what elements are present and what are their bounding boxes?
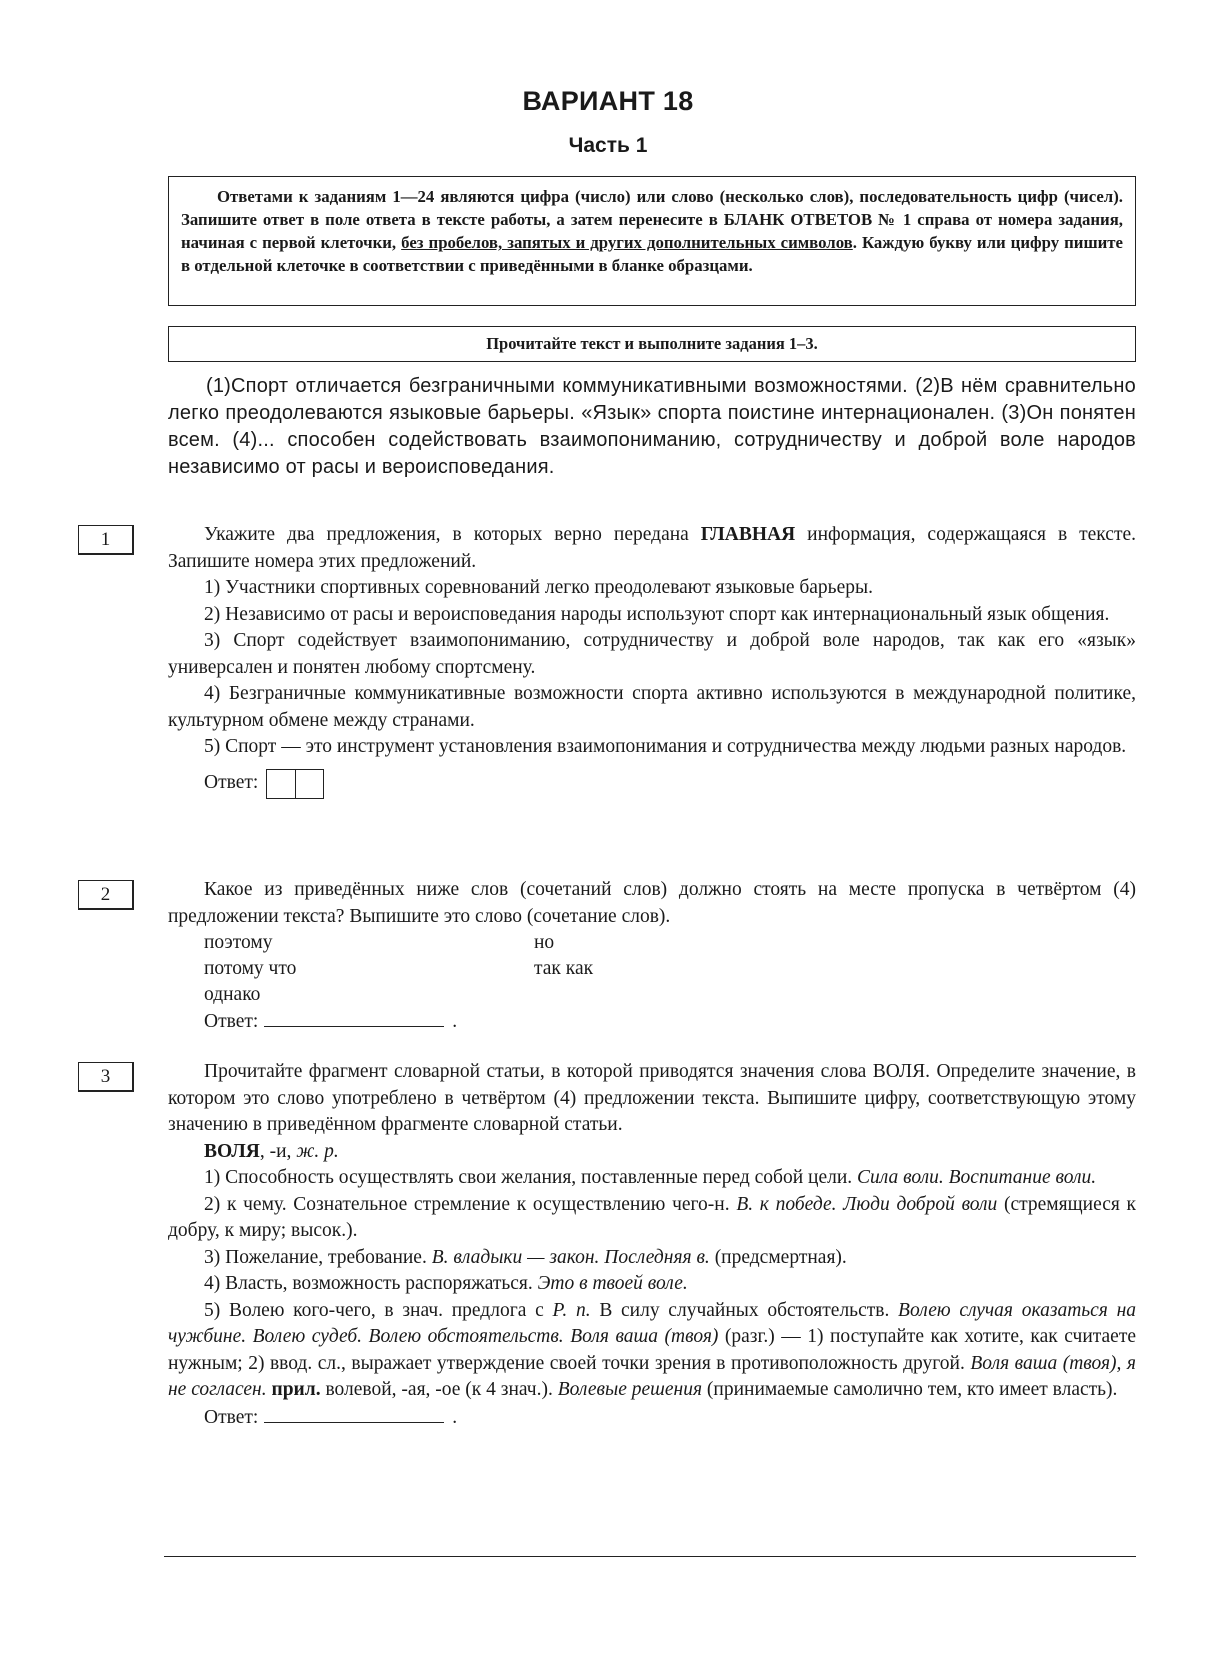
exam-page: ВАРИАНТ 18 Часть 1 Ответами к заданиям 1… [0,0,1216,1654]
dictionary-sense: 1) Способность осуществлять свои желания… [168,1165,1136,1192]
answer-label: Ответ: [204,1011,258,1032]
answer-blank[interactable] [264,1008,444,1027]
answer-row: Ответ:. [168,1008,1136,1036]
answer-cells [266,769,324,799]
word-option: однако [204,982,534,1008]
source-text: (1)Спорт отличается безграничными коммун… [168,373,1136,481]
word-option: но [534,930,834,956]
answer-cell[interactable] [295,770,323,798]
task-option: 1) Участники спортивных соревнований лег… [168,575,1136,602]
dictionary-headword: ВОЛЯ, -и, ж. р. [168,1139,1136,1166]
task-number-badge: 3 [78,1062,134,1092]
task-option: 3) Спорт содействует взаимопониманию, со… [168,628,1136,681]
word-options: поэтому но потому что так как однако [168,930,1136,1008]
task-number-badge: 1 [78,525,134,555]
dictionary-sense: 4) Власть, возможность распоряжаться. Эт… [168,1271,1136,1298]
read-prompt-box: Прочитайте текст и выполните задания 1–3… [168,326,1136,362]
answer-label: Ответ: [204,1407,258,1428]
task-body: Какое из приведённых ниже слов (сочетани… [168,877,1136,1036]
task-question: Укажите два предложения, в которых верно… [168,522,1136,575]
dictionary-senses: 1) Способность осуществлять свои желания… [168,1165,1136,1404]
part-title: Часть 1 [0,134,1216,158]
task-question: Прочитайте фрагмент словарной статьи, в … [168,1059,1136,1139]
word-option: так как [534,956,834,982]
page-bottom-rule [164,1556,1136,1557]
answer-row: Ответ:. [168,1404,1136,1432]
dictionary-sense: 3) Пожелание, требование. В. владыки — з… [168,1245,1136,1272]
task-body: Укажите два предложения, в которых верно… [168,522,1136,801]
instructions-box: Ответами к заданиям 1—24 являются цифра … [168,176,1136,306]
task-option: 4) Безграничные коммуникативные возможно… [168,681,1136,734]
dictionary-sense: 2) к чему. Сознательное стремление к осу… [168,1192,1136,1245]
dictionary-sense: 5) Волею кого-чего, в знач. предлога с Р… [168,1298,1136,1404]
task-option: 5) Спорт — это инструмент установления в… [168,734,1136,761]
answer-label: Ответ: [204,770,258,797]
word-option: потому что [204,956,534,982]
answer-blank[interactable] [264,1404,444,1423]
task-number-badge: 2 [78,880,134,910]
task-question: Какое из приведённых ниже слов (сочетани… [168,877,1136,930]
answer-row: Ответ: [168,767,1136,801]
task-option: 2) Независимо от расы и вероисповедания … [168,602,1136,629]
task-body: Прочитайте фрагмент словарной статьи, в … [168,1059,1136,1431]
instructions-text: Ответами к заданиям 1—24 являются цифра … [181,185,1123,277]
variant-title: ВАРИАНТ 18 [0,86,1216,117]
word-option: поэтому [204,930,534,956]
answer-cell[interactable] [267,770,295,798]
instructions-underlined: без пробелов, запятых и других дополните… [401,233,853,252]
